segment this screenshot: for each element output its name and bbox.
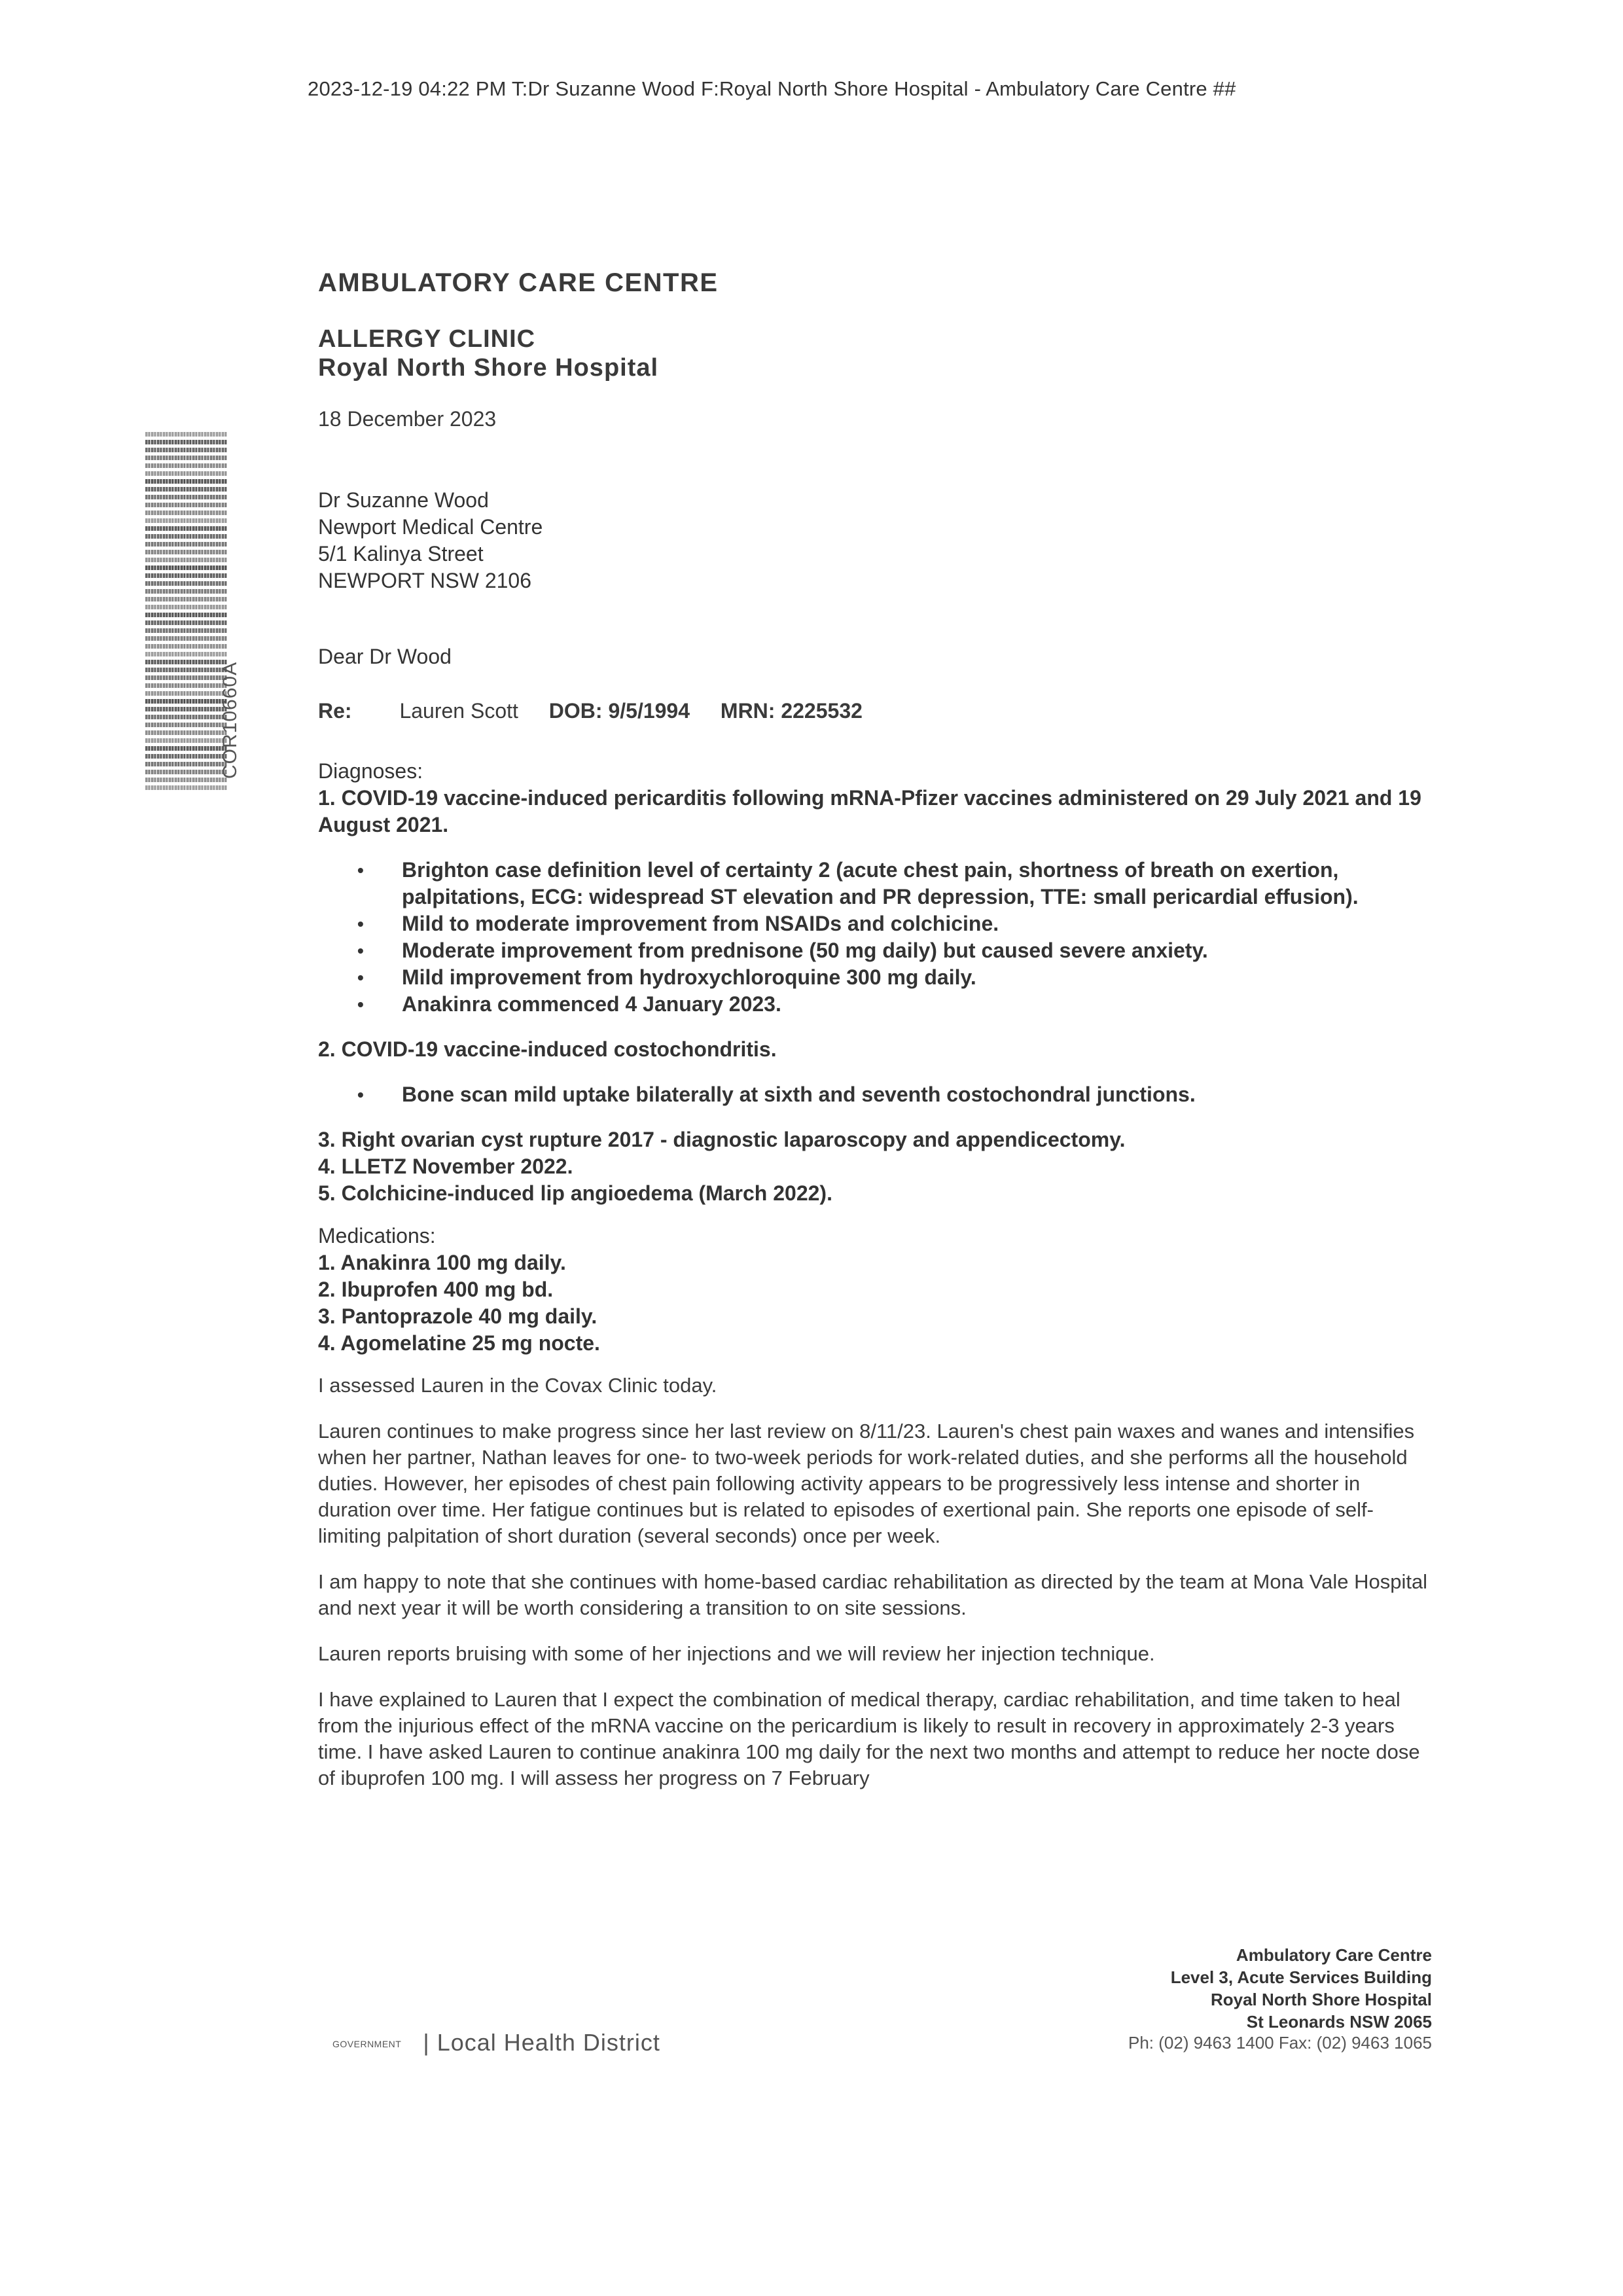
barcode-stripe <box>145 597 227 601</box>
recipient-address: Dr Suzanne Wood Newport Medical Centre 5… <box>318 487 543 594</box>
medications-section: Medications: 1. Anakinra 100 mg daily.2.… <box>318 1223 1431 1357</box>
barcode-stripe <box>145 691 227 696</box>
barcode-stripe <box>145 573 227 578</box>
department-heading: AMBULATORY CARE CENTRE <box>318 268 719 298</box>
hospital-name: Royal North Shore Hospital <box>318 353 658 382</box>
barcode-stripe <box>145 589 227 594</box>
barcode-stripe <box>145 440 227 444</box>
barcode-stripe <box>145 746 227 751</box>
diagnosis-bullet: Anakinra commenced 4 January 2023. <box>402 991 1431 1018</box>
diagnoses-list: 1. COVID-19 vaccine-induced pericarditis… <box>318 785 1431 1207</box>
barcode-stripe <box>145 581 227 586</box>
barcode-stripe <box>145 456 227 460</box>
footer-address: Ambulatory Care CentreLevel 3, Acute Ser… <box>1171 1944 1432 2033</box>
diagnosis-item: 3. Right ovarian cyst rupture 2017 - dia… <box>318 1126 1431 1153</box>
barcode-stripe <box>145 495 227 499</box>
medication-item: 3. Pantoprazole 40 mg daily. <box>318 1303 1431 1330</box>
barcode-stripe <box>145 644 227 649</box>
diagnosis-bullet: Moderate improvement from prednisone (50… <box>402 937 1431 964</box>
barcode-stripe <box>145 660 227 664</box>
diagnosis-bullets: Bone scan mild uptake bilaterally at six… <box>318 1081 1431 1108</box>
diagnosis-item: 1. COVID-19 vaccine-induced pericarditis… <box>318 785 1431 838</box>
re-line: Re: Lauren Scott DOB: 9/5/1994 MRN: 2225… <box>318 699 887 723</box>
barcode-stripe <box>145 471 227 476</box>
footer-address-line: St Leonards NSW 2065 <box>1171 2011 1432 2033</box>
barcode-stripe <box>145 715 227 719</box>
barcode-stripe <box>145 762 227 766</box>
footer-address-line: Level 3, Acute Services Building <box>1171 1966 1432 1988</box>
barcode-stripe <box>145 511 227 515</box>
barcode-stripe <box>145 652 227 656</box>
patient-name: Lauren Scott <box>399 699 518 723</box>
footer-phone: Ph: (02) 9463 1400 Fax: (02) 9463 1065 <box>1128 2033 1432 2053</box>
barcode-stripe <box>145 432 227 437</box>
diagnosis-bullet: Mild to moderate improvement from NSAIDs… <box>402 910 1431 937</box>
barcode-stripe <box>145 636 227 641</box>
lhd-logo-text: | Local Health District <box>423 2029 660 2056</box>
medication-item: 4. Agomelatine 25 mg nocte. <box>318 1330 1431 1357</box>
barcode-stripe <box>145 707 227 711</box>
barcode-icon <box>145 432 227 798</box>
barcode-stripe <box>145 730 227 735</box>
body-paragraph: I have explained to Lauren that I expect… <box>318 1687 1431 1791</box>
diagnosis-bullet: Bone scan mild uptake bilaterally at six… <box>402 1081 1431 1108</box>
barcode-stripe <box>145 770 227 774</box>
clinic-name: ALLERGY CLINIC <box>318 325 658 353</box>
patient-mrn: MRN: 2225532 <box>721 699 863 723</box>
re-label: Re: <box>318 699 352 723</box>
body-paragraph: Lauren continues to make progress since … <box>318 1418 1431 1549</box>
medications-list: 1. Anakinra 100 mg daily.2. Ibuprofen 40… <box>318 1249 1431 1357</box>
government-logo-text: GOVERNMENT <box>332 2039 401 2049</box>
footer-address-line: Ambulatory Care Centre <box>1171 1944 1432 1966</box>
fax-header: 2023-12-19 04:22 PM T:Dr Suzanne Wood F:… <box>308 77 1236 101</box>
barcode-stripe <box>145 675 227 680</box>
letter-date: 18 December 2023 <box>318 407 496 431</box>
barcode-stripe <box>145 628 227 633</box>
patient-dob: DOB: 9/5/1994 <box>549 699 690 723</box>
barcode-stripe <box>145 620 227 625</box>
footer-address-line: Royal North Shore Hospital <box>1171 1988 1432 2011</box>
barcode-stripe <box>145 785 227 790</box>
barcode-stripe <box>145 605 227 609</box>
diagnoses-section: Diagnoses: 1. COVID-19 vaccine-induced p… <box>318 758 1431 1207</box>
barcode-stripe <box>145 542 227 547</box>
barcode-stripe <box>145 526 227 531</box>
diagnosis-bullet: Mild improvement from hydroxychloroquine… <box>402 964 1431 991</box>
diagnosis-item: 4. LLETZ November 2022. <box>318 1153 1431 1180</box>
recipient-city: NEWPORT NSW 2106 <box>318 567 543 594</box>
barcode-stripe <box>145 503 227 507</box>
salutation: Dear Dr Wood <box>318 645 452 669</box>
diagnosis-bullets: Brighton case definition level of certai… <box>318 857 1431 1018</box>
barcode-stripe <box>145 518 227 523</box>
barcode-stripe <box>145 778 227 782</box>
barcode-stripe <box>145 550 227 554</box>
diagnosis-bullet: Brighton case definition level of certai… <box>402 857 1431 910</box>
medications-heading: Medications: <box>318 1223 1431 1249</box>
medication-item: 2. Ibuprofen 400 mg bd. <box>318 1276 1431 1303</box>
barcode-stripe <box>145 565 227 570</box>
clinic-heading: ALLERGY CLINIC Royal North Shore Hospita… <box>318 325 658 382</box>
diagnosis-item: 2. COVID-19 vaccine-induced costochondri… <box>318 1036 1431 1063</box>
barcode-stripe <box>145 613 227 617</box>
lhd-logo: GOVERNMENT | Local Health District <box>332 2029 660 2056</box>
barcode-stripe <box>145 487 227 492</box>
recipient-name: Dr Suzanne Wood <box>318 487 543 514</box>
diagnosis-item: 5. Colchicine-induced lip angioedema (Ma… <box>318 1180 1431 1207</box>
body-paragraph: Lauren reports bruising with some of her… <box>318 1641 1431 1667</box>
letter-body: Diagnoses: 1. COVID-19 vaccine-induced p… <box>318 758 1431 1811</box>
body-paragraph: I assessed Lauren in the Covax Clinic to… <box>318 1372 1431 1399</box>
barcode-stripe <box>145 558 227 562</box>
body-paragraph: I am happy to note that she continues wi… <box>318 1569 1431 1621</box>
barcode-text: COR10660A <box>219 662 241 779</box>
body-paragraphs: I assessed Lauren in the Covax Clinic to… <box>318 1372 1431 1791</box>
barcode-stripe <box>145 534 227 539</box>
barcode-stripe <box>145 683 227 688</box>
barcode-stripe <box>145 754 227 759</box>
barcode-stripe <box>145 479 227 484</box>
barcode-stripe <box>145 463 227 468</box>
diagnoses-heading: Diagnoses: <box>318 758 1431 785</box>
barcode-stripe <box>145 448 227 452</box>
barcode-stripe <box>145 723 227 727</box>
barcode-stripe <box>145 668 227 672</box>
recipient-practice: Newport Medical Centre <box>318 514 543 541</box>
barcode-stripe <box>145 738 227 743</box>
recipient-street: 5/1 Kalinya Street <box>318 541 543 567</box>
barcode-stripe <box>145 699 227 704</box>
medication-item: 1. Anakinra 100 mg daily. <box>318 1249 1431 1276</box>
